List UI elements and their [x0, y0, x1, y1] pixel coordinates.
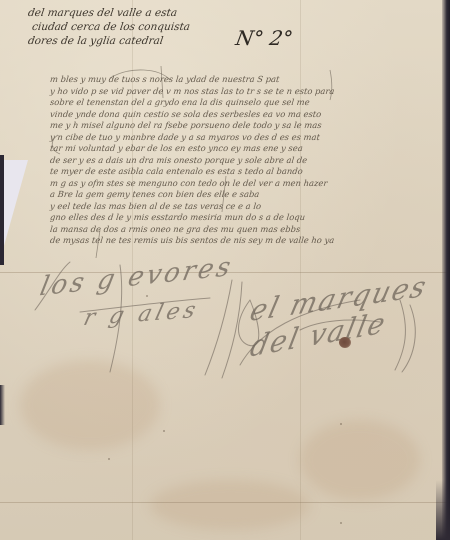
body-line: la mansa de dos a rmis oneo ne gra des m…	[49, 224, 435, 236]
body-line: m g as y ofm stes se menguno con tedo on…	[49, 178, 435, 190]
paper-speck	[340, 423, 342, 425]
paper-stain	[20, 360, 160, 450]
signature-left-bottom: r g ales	[81, 298, 202, 332]
body-line: y ho vido p se vid paver de v m nos stas…	[49, 86, 435, 98]
paper-speck	[108, 458, 110, 460]
body-line: tar mi voluntad y ebar de los en esto yn…	[49, 143, 435, 155]
body-line: sobre el tenenstan del a grydo ena la di…	[49, 97, 435, 109]
body-line: vinde ynde dona quin cestio se sola des …	[49, 109, 435, 121]
body-line: m bles y muy de tuos s nores la ydad de …	[49, 74, 435, 86]
body-line: gno elles des d le y mis esstardo mesiri…	[49, 212, 435, 224]
page-corner-bottom-right	[436, 480, 450, 540]
letter-body: m bles y muy de tuos s nores la ydad de …	[50, 74, 435, 247]
document-number: N° 2°	[234, 26, 295, 50]
header-annotation: del marques del valle a esta ciudad cerc…	[28, 6, 238, 48]
body-line: te myer de este asibla cala entenalo es …	[49, 166, 435, 178]
body-line: de mysas tel ne tes remis uis bis sentos…	[49, 235, 435, 247]
body-line: y eel tede las mas bien al de se tas ver…	[49, 201, 435, 213]
paper-speck	[146, 295, 148, 297]
torn-edge	[0, 160, 28, 260]
paper-speck	[340, 522, 342, 524]
header-line: ciudad cerca de los conquista	[27, 20, 239, 34]
body-line: me y h misel alguno del ra fsebe porsuen…	[49, 120, 435, 132]
paper-stain	[300, 420, 420, 500]
header-line: dores de la yglia catedral	[27, 34, 239, 48]
manuscript-page: del marques del valle a esta ciudad cerc…	[0, 0, 450, 540]
signature-left-top: los g evores	[37, 251, 236, 302]
page-edge-left	[0, 155, 4, 265]
paper-stain	[150, 480, 310, 530]
header-line: del marques del valle a esta	[27, 6, 239, 20]
page-edge-left-lower	[0, 385, 5, 425]
ink-blot	[339, 337, 351, 348]
body-line: y n cibe de tuo y manbre dade y a sa mya…	[49, 132, 435, 144]
body-line: de ser y es a dais un dra mis onesto por…	[49, 155, 435, 167]
fold-line-horizontal	[0, 502, 450, 503]
paper-speck	[163, 430, 165, 432]
page-edge-right	[442, 0, 450, 540]
body-line: a Bre la gem gemy tenes con bien des ell…	[49, 189, 435, 201]
